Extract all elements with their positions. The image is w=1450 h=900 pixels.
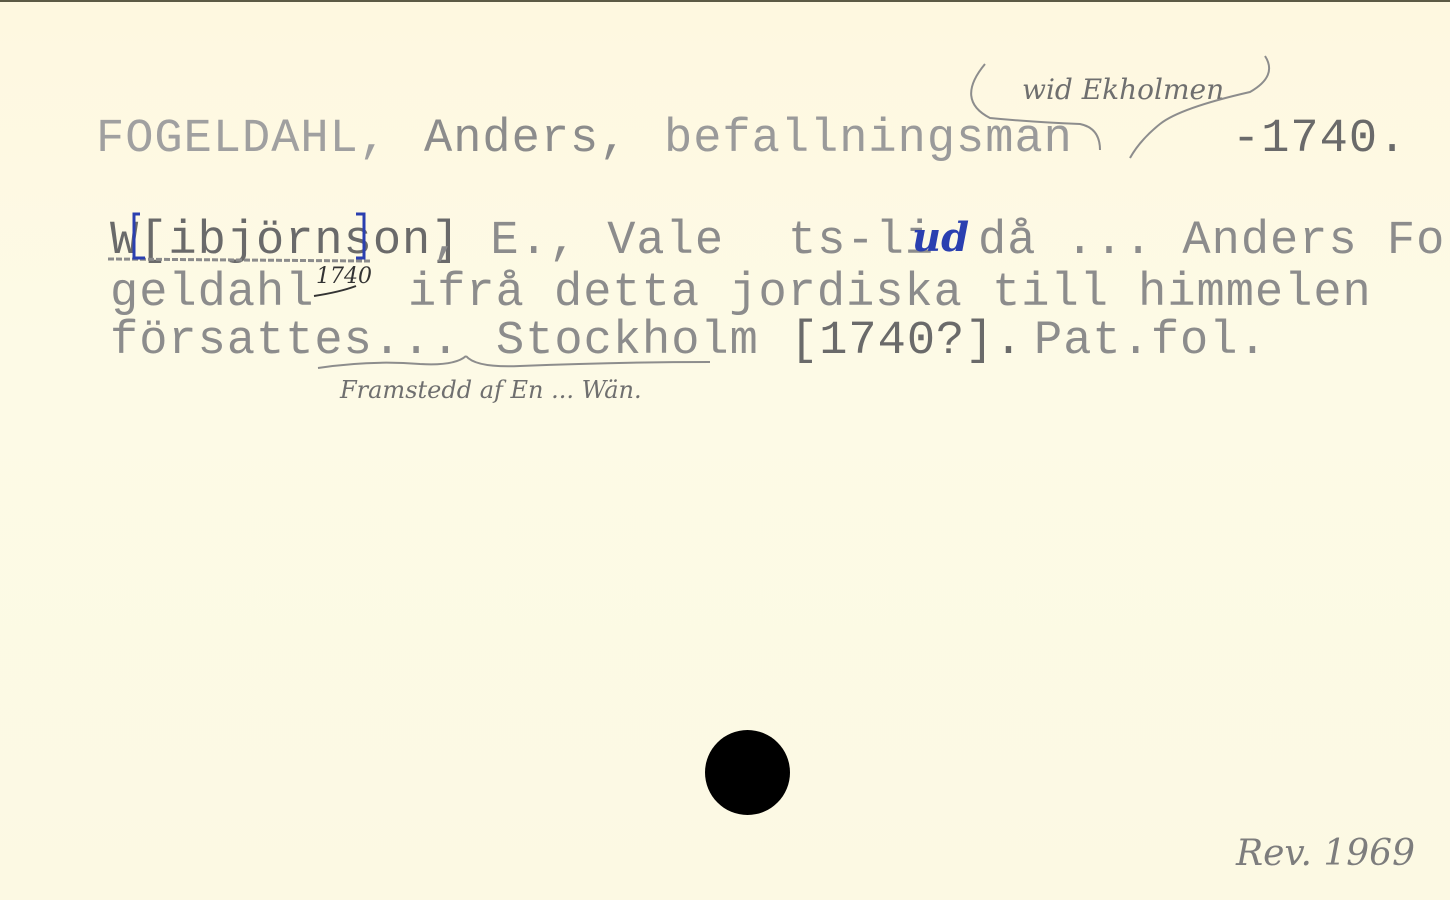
heading-dates: -1740. [1232, 116, 1407, 163]
catalog-card: FOGELDAHL, Anders, befallningsman -1740.… [0, 0, 1450, 900]
entry-format: Pat.fol. [1034, 318, 1268, 365]
heading-given-name: Anders, [424, 116, 628, 163]
entry-line3-start: försattes... [110, 318, 460, 365]
entry-title-2: då ... Anders Fo [978, 218, 1445, 265]
punch-hole [705, 730, 790, 815]
card-top-edge [0, 0, 1450, 2]
entry-correction: ud [912, 218, 969, 258]
heading-annotation: wid Ekholmen [1022, 76, 1224, 104]
heading-occupation: befallningsman [664, 116, 1073, 163]
entry-year-correction: 1740 [316, 266, 372, 288]
entry-line2-start: geldahl [110, 270, 314, 317]
entry-date: [1740?]. [790, 318, 1024, 365]
entry-annotation: Framstedd af En ... Wän. [340, 378, 642, 402]
entry-line2-rest: ifrå detta jordiska till himmelen [408, 270, 1372, 317]
entry-place: Stockholm [496, 318, 759, 365]
entry-author: W[ibjörnson] [110, 218, 460, 265]
revision-note: Rev. 1969 [1236, 836, 1415, 872]
heading-name: FOGELDAHL, [96, 116, 388, 163]
entry-author-rest: , E., Vale [432, 218, 724, 265]
